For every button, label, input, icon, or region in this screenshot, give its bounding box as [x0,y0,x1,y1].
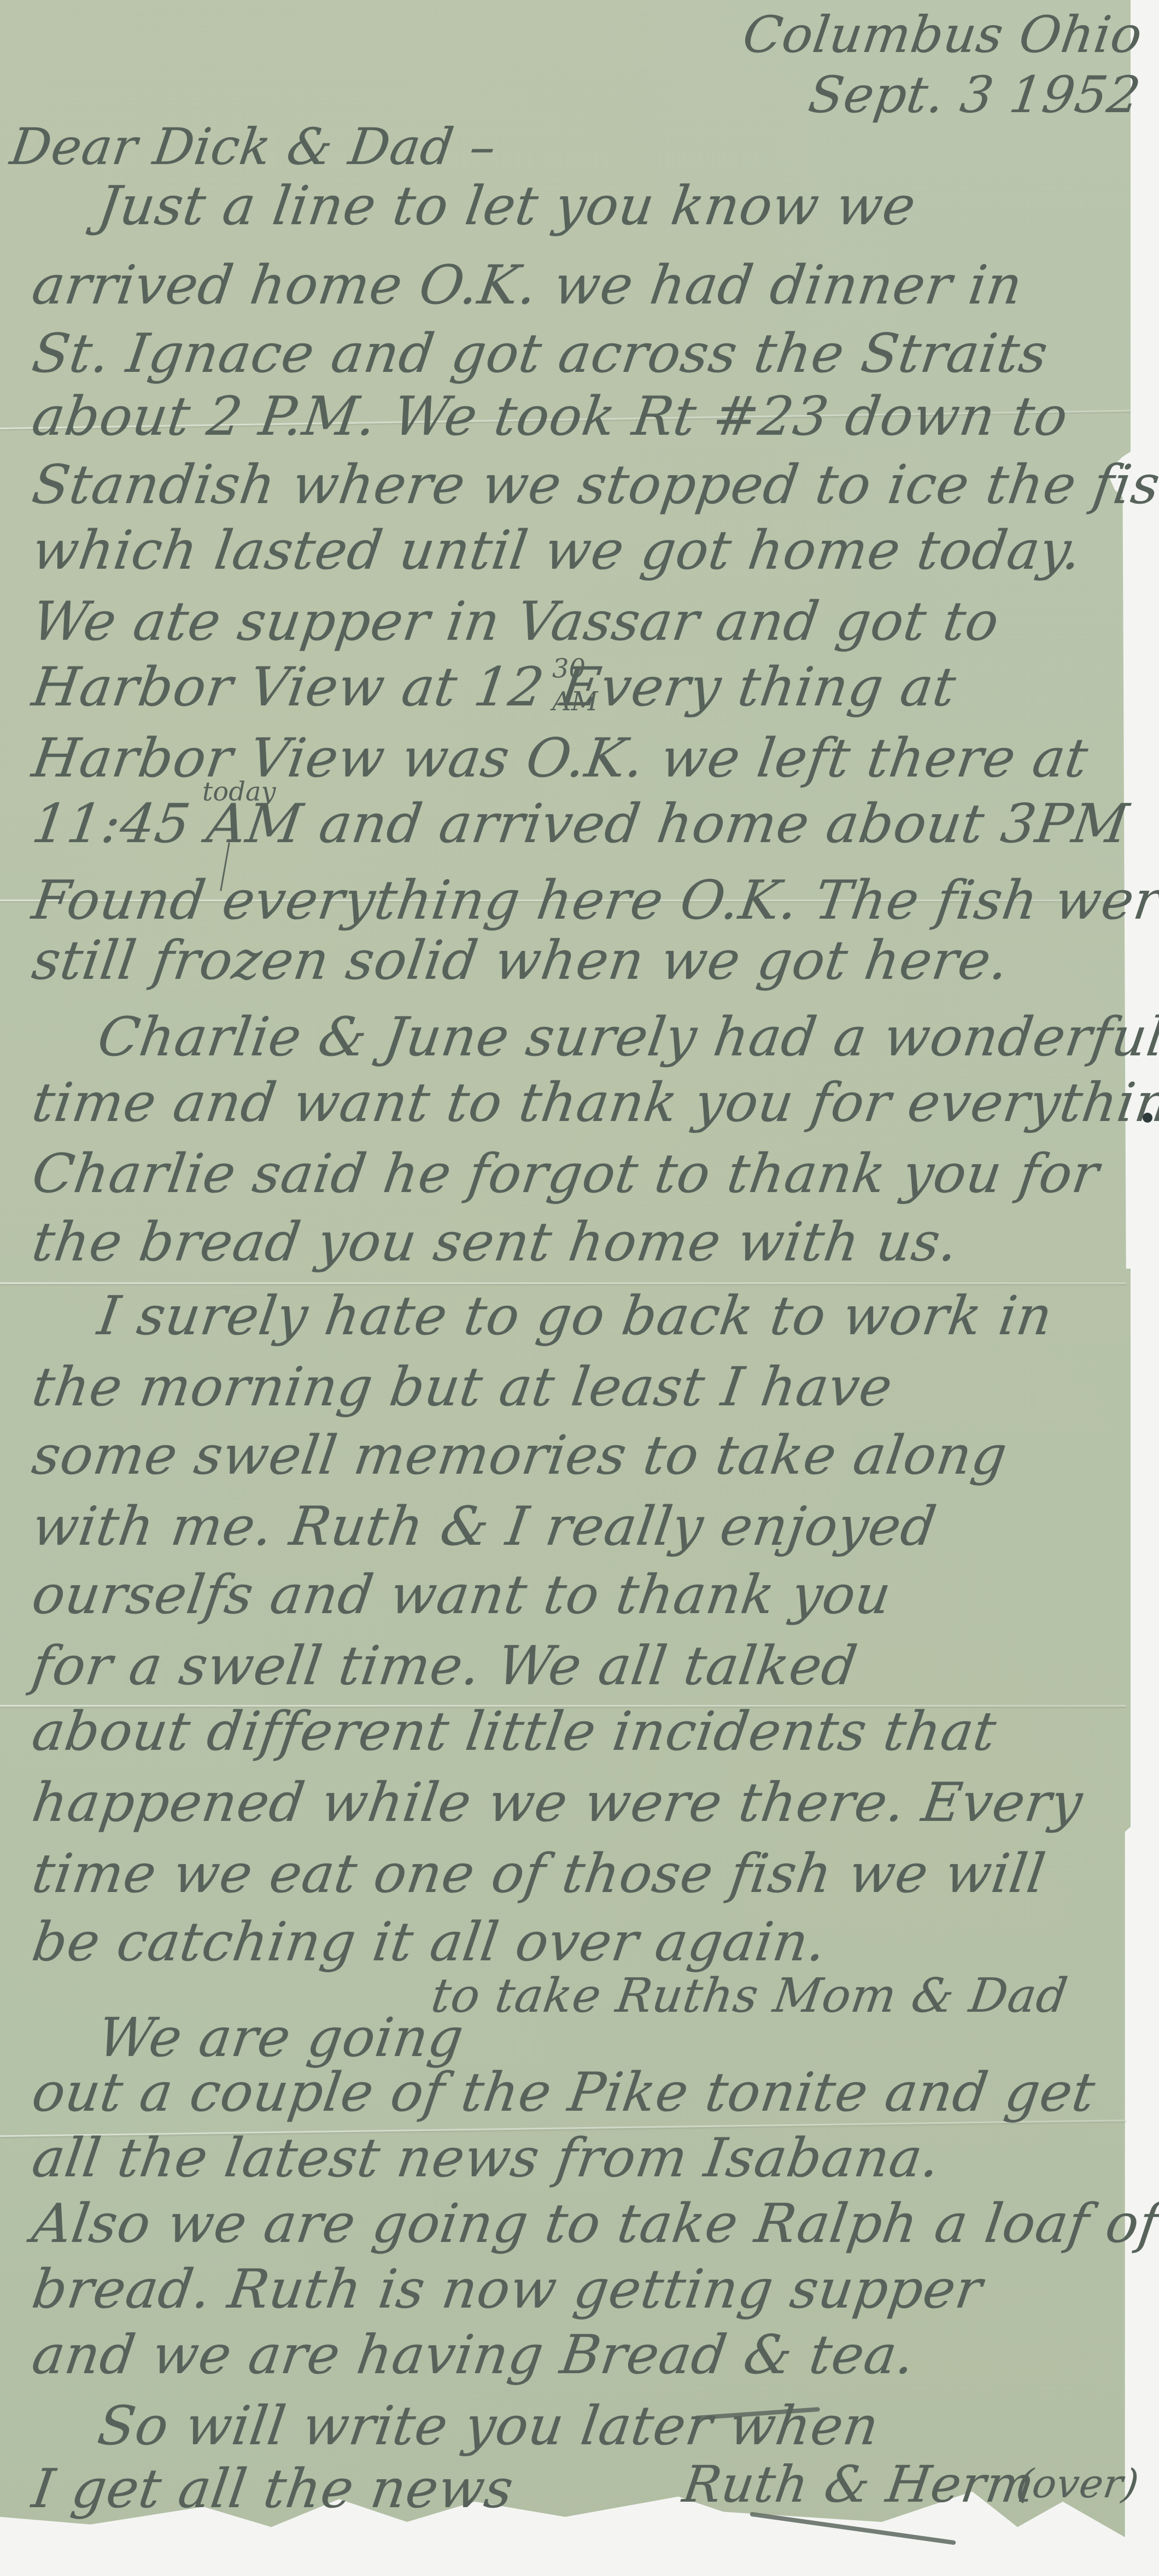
paper-fold-crease [0,1282,1126,1284]
letter-line: 11:45 AM and arrived home about 3PM [28,793,1133,855]
letter-line: happened while we were there. Every [28,1772,1087,1834]
over-note: (over) [1014,2461,1142,2507]
letter-line: Standish where we stopped to ice the fis… [28,454,1159,516]
letter-line: Found everything here O.K. The fish were [28,869,1159,932]
letter-line: time and want to thank you for everythin… [28,1072,1159,1134]
letter-line: and we are having Bread & tea. [28,2324,919,2386]
letter-line: all the latest news from Isabana. [28,2127,944,2189]
letter-line: We are going [94,2007,467,2069]
letter-line: for a swell time. We all talked [28,1635,861,1697]
letter-place: Columbus Ohio [739,5,1146,64]
time-fraction-bottom: AM [552,686,598,717]
letter-line: We ate supper in Vassar and got to [28,591,1003,653]
letter-line: I get all the news [28,2458,517,2520]
signature: Ruth & Herm [679,2455,1038,2514]
letter-line: bread. Ruth is now getting supper [28,2258,986,2321]
letter-line-inserted: to take Ruths Mom & Dad [428,1968,1071,2023]
letter-line: Just a line to let you know we [94,175,920,237]
letter-line: be catching it all over again. [28,1911,830,1973]
letter-line: out a couple of the Pike tonite and get [28,2061,1099,2124]
time-fraction-top: 30 [552,653,586,684]
letter-line: the morning but at least I have [28,1356,897,1418]
letter-line: Harbor View was O.K. we left there at [28,727,1092,790]
salutation: Dear Dick & Dad – [7,118,500,176]
letter-line: Also we are going to take Ralph a loaf o… [28,2193,1159,2255]
letter-line: So will write you later when [94,2395,883,2457]
letter-line: about 2 P.M. We took Rt #23 down to [28,385,1072,448]
letter-line: arrived home O.K. we had dinner in [28,254,1026,317]
letter-line: time we eat one of those fish we will [28,1843,1050,1905]
ink-blot [1143,1113,1152,1123]
letter-line: I surely hate to go back to work in [94,1285,1056,1347]
letter-line: about different little incidents that [28,1701,1000,1763]
letter-line: Charlie said he forgot to thank you for [28,1143,1103,1205]
letter-line: some swell memories to take along [28,1424,1011,1487]
letter-line: St. Ignace and got across the Straits [28,323,1052,385]
letter-line: Charlie & June surely had a wonderful [94,1006,1159,1068]
letter-line: which lasted until we got home today. [28,519,1086,582]
letter-line: the bread you sent home with us. [28,1211,962,1274]
letter-date: Sept. 3 1952 [805,66,1144,124]
letter-line: with me. Ruth & I really enjoyed [28,1496,940,1558]
letter-line: still frozen solid when we got here. [28,930,1012,992]
letter-line: Harbor View at 12 Every thing at [28,656,960,719]
letter-line: ourselfs and want to thank you [28,1564,895,1626]
